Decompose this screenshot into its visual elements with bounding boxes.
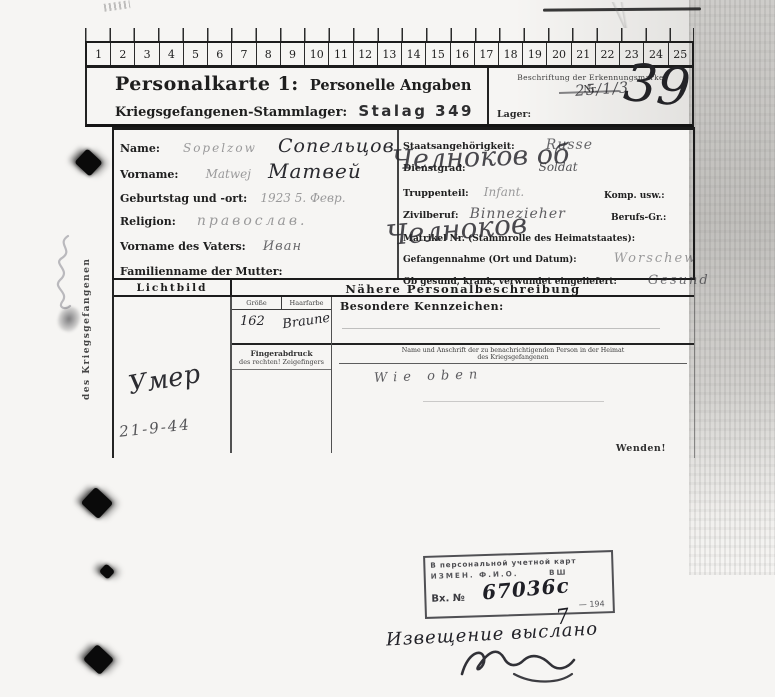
ruler-cell: 3 — [135, 43, 159, 65]
kennzeichen-label: Besondere Kennzeichen: — [340, 300, 694, 313]
number-ruler: 1234567891011121314151617181920212223242… — [85, 28, 694, 68]
signature — [456, 644, 580, 688]
ruler-cell: 13 — [378, 43, 402, 65]
field-komp: Komp. usw.: — [604, 183, 665, 202]
field-name-value-latin: Sopelzow — [183, 141, 257, 155]
field-vater-label: Vorname des Vaters: — [120, 240, 246, 253]
field-name-value-cyrillic: Сопельцов — [278, 135, 395, 157]
died-note-handwritten: Умер — [126, 359, 203, 401]
groesse-header: Größe — [232, 297, 282, 309]
ruler-cell: 12 — [354, 43, 378, 65]
notify-label-line1: Name und Anschrift der zu benachrichtige… — [332, 347, 694, 354]
ruler-cell: 22 — [596, 43, 620, 65]
card-subtitle: Personelle Angaben — [310, 77, 472, 94]
size-hair-table: Größe Haarfarbe 162 Braune — [232, 297, 331, 345]
tag-number-handwritten: 25/1/3 — [574, 78, 629, 100]
description-table-body: Умер 21-9-44 Größe Haarfarbe 162 Braune … — [114, 297, 694, 453]
notify-faint-line — [423, 401, 604, 402]
field-truppenteil-value: Infant. — [484, 185, 524, 199]
tag-box: Beschriftung der Erkennungsmarke Nr. 25/… — [487, 68, 692, 124]
beschreibung-header: Nähere Personalbeschreibung — [232, 280, 694, 295]
ruler-cell: 16 — [451, 43, 475, 65]
photo-cell: Умер 21-9-44 — [114, 297, 232, 453]
description-table-header: Lichtbild Nähere Personalbeschreibung — [114, 280, 694, 297]
field-geburtstag: Geburtstag und -ort: 1923 5. Февр. — [120, 187, 346, 206]
field-komp-label: Komp. usw.: — [604, 191, 665, 201]
field-mutter-label: Familienname der Mutter: — [120, 265, 283, 278]
ruler-cell: 11 — [329, 43, 353, 65]
ruler-cell: 15 — [426, 43, 450, 65]
field-gefangennahme: Gefangennahme (Ort und Datum): Worschew — [403, 247, 697, 266]
ruler-cells: 1234567891011121314151617181920212223242… — [85, 41, 694, 68]
ruler-cell: 1 — [87, 43, 111, 65]
field-berufsgr-label: Berufs-Gr.: — [611, 213, 666, 223]
died-date-handwritten: 21-9-44 — [118, 415, 191, 440]
kennzeichen-cell: Besondere Kennzeichen: — [332, 297, 694, 345]
pencil-smudge — [598, 2, 642, 28]
corner-smudge — [104, 0, 131, 12]
field-vorname-value-faint: Matwej — [206, 167, 251, 181]
size-hair-values: 162 Braune — [232, 310, 331, 343]
haarfarbe-value: Braune — [279, 307, 333, 347]
ruler-cell: 17 — [475, 43, 499, 65]
ruler-cell: 9 — [281, 43, 305, 65]
field-geburtstag-label: Geburtstag und -ort: — [120, 192, 247, 205]
card-header-left: Personalkarte 1: Personelle Angaben Krie… — [87, 68, 487, 124]
stamp-year-label: — 194 — [579, 599, 605, 609]
camp-line: Kriegsgefangenen-Stammlager: Stalag 349 — [115, 101, 487, 120]
field-truppenteil: Truppenteil: Infant. — [403, 181, 524, 200]
ruler-cell: 19 — [523, 43, 547, 65]
field-vater-value: Иван — [263, 239, 302, 254]
ruler-cell: 4 — [160, 43, 184, 65]
scanned-document: 1234567891011121314151617181920212223242… — [0, 0, 775, 697]
card-title: Personalkarte 1: — [115, 73, 299, 95]
field-religion-value: православ. — [197, 213, 308, 229]
personal-fields-box: Name: Sopelzow Сопельцов Vorname: Matwej… — [112, 127, 695, 280]
ruler-cell: 2 — [111, 43, 135, 65]
field-name: Name: Sopelzow Сопельцов — [120, 135, 395, 157]
groesse-value: 162 — [232, 310, 281, 343]
overlay-scrawl-1: Челноков об — [392, 141, 570, 174]
kennzeichen-blank-line — [342, 328, 660, 329]
field-berufsgr: Berufs-Gr.: — [611, 205, 666, 224]
kennzeichen-column: Besondere Kennzeichen: Name und Anschrif… — [332, 297, 694, 453]
measurements-column: Größe Haarfarbe 162 Braune Fingerabdruck… — [232, 297, 332, 453]
ruler-cell: 18 — [499, 43, 523, 65]
field-truppenteil-label: Truppenteil: — [403, 188, 469, 199]
notify-value-handwritten: Wie oben — [374, 367, 484, 386]
field-name-label: Name: — [120, 142, 160, 155]
ruler-cell: 14 — [402, 43, 426, 65]
fingerprint-cell: Fingerabdruck des rechten! Zeigefingers — [232, 345, 331, 453]
fingerprint-sublabel: des rechten! Zeigefingers — [232, 358, 331, 366]
margin-scribble — [48, 230, 84, 314]
field-religion-label: Religion: — [120, 215, 176, 228]
registration-stamp: В персональной учетной карт ИЗМЕН. Ф.И.О… — [423, 550, 615, 619]
field-religion: Religion: православ. — [120, 210, 307, 229]
field-mutter: Familienname der Mutter: — [120, 260, 283, 279]
fingerprint-label: Fingerabdruck — [232, 349, 331, 358]
field-geburtstag-value: 1923 5. Февр. — [260, 191, 345, 205]
camp-value: Stalag 349 — [358, 102, 474, 120]
punch-hole — [81, 487, 114, 519]
ruler-cell: 5 — [184, 43, 208, 65]
camp-label: Kriegsgefangenen-Stammlager: — [115, 105, 347, 120]
lichtbild-header: Lichtbild — [114, 280, 232, 295]
tag-number-big-handwritten: 39 — [621, 57, 692, 116]
lager-label: Lager: — [497, 109, 531, 120]
ruler-cell: 8 — [257, 43, 281, 65]
field-vorname-label: Vorname: — [120, 168, 178, 181]
description-table: Lichtbild Nähere Personalbeschreibung Ум… — [112, 280, 695, 458]
notify-cell: Name und Anschrift der zu benachrichtige… — [332, 345, 694, 453]
card-header: Personalkarte 1: Personelle Angaben Krie… — [85, 68, 694, 127]
wenden-label: Wenden! — [616, 443, 666, 454]
field-vorname-value: Матвей — [268, 159, 362, 183]
field-gefangennahme-value: Worschew — [614, 251, 698, 266]
ruler-ticks — [85, 28, 694, 41]
fingerprint-rule — [232, 369, 331, 370]
ruler-cell: 7 — [232, 43, 256, 65]
stamp-vh-label: Вх. № — [431, 593, 465, 605]
punch-hole — [74, 148, 102, 176]
ruler-cell: 20 — [547, 43, 571, 65]
ruler-cell: 10 — [305, 43, 329, 65]
notify-label-line2: des Kriegsgefangenen — [332, 354, 694, 361]
punch-hole — [99, 563, 115, 579]
notify-rule — [339, 363, 687, 364]
field-vater: Vorname des Vaters: Иван — [120, 235, 302, 254]
ruler-cell: 6 — [208, 43, 232, 65]
punch-hole — [83, 644, 114, 675]
field-gefangennahme-label: Gefangennahme (Ort und Datum): — [403, 255, 577, 265]
ruler-cell: 21 — [572, 43, 596, 65]
field-vorname: Vorname: Matwej Матвей — [120, 159, 362, 183]
